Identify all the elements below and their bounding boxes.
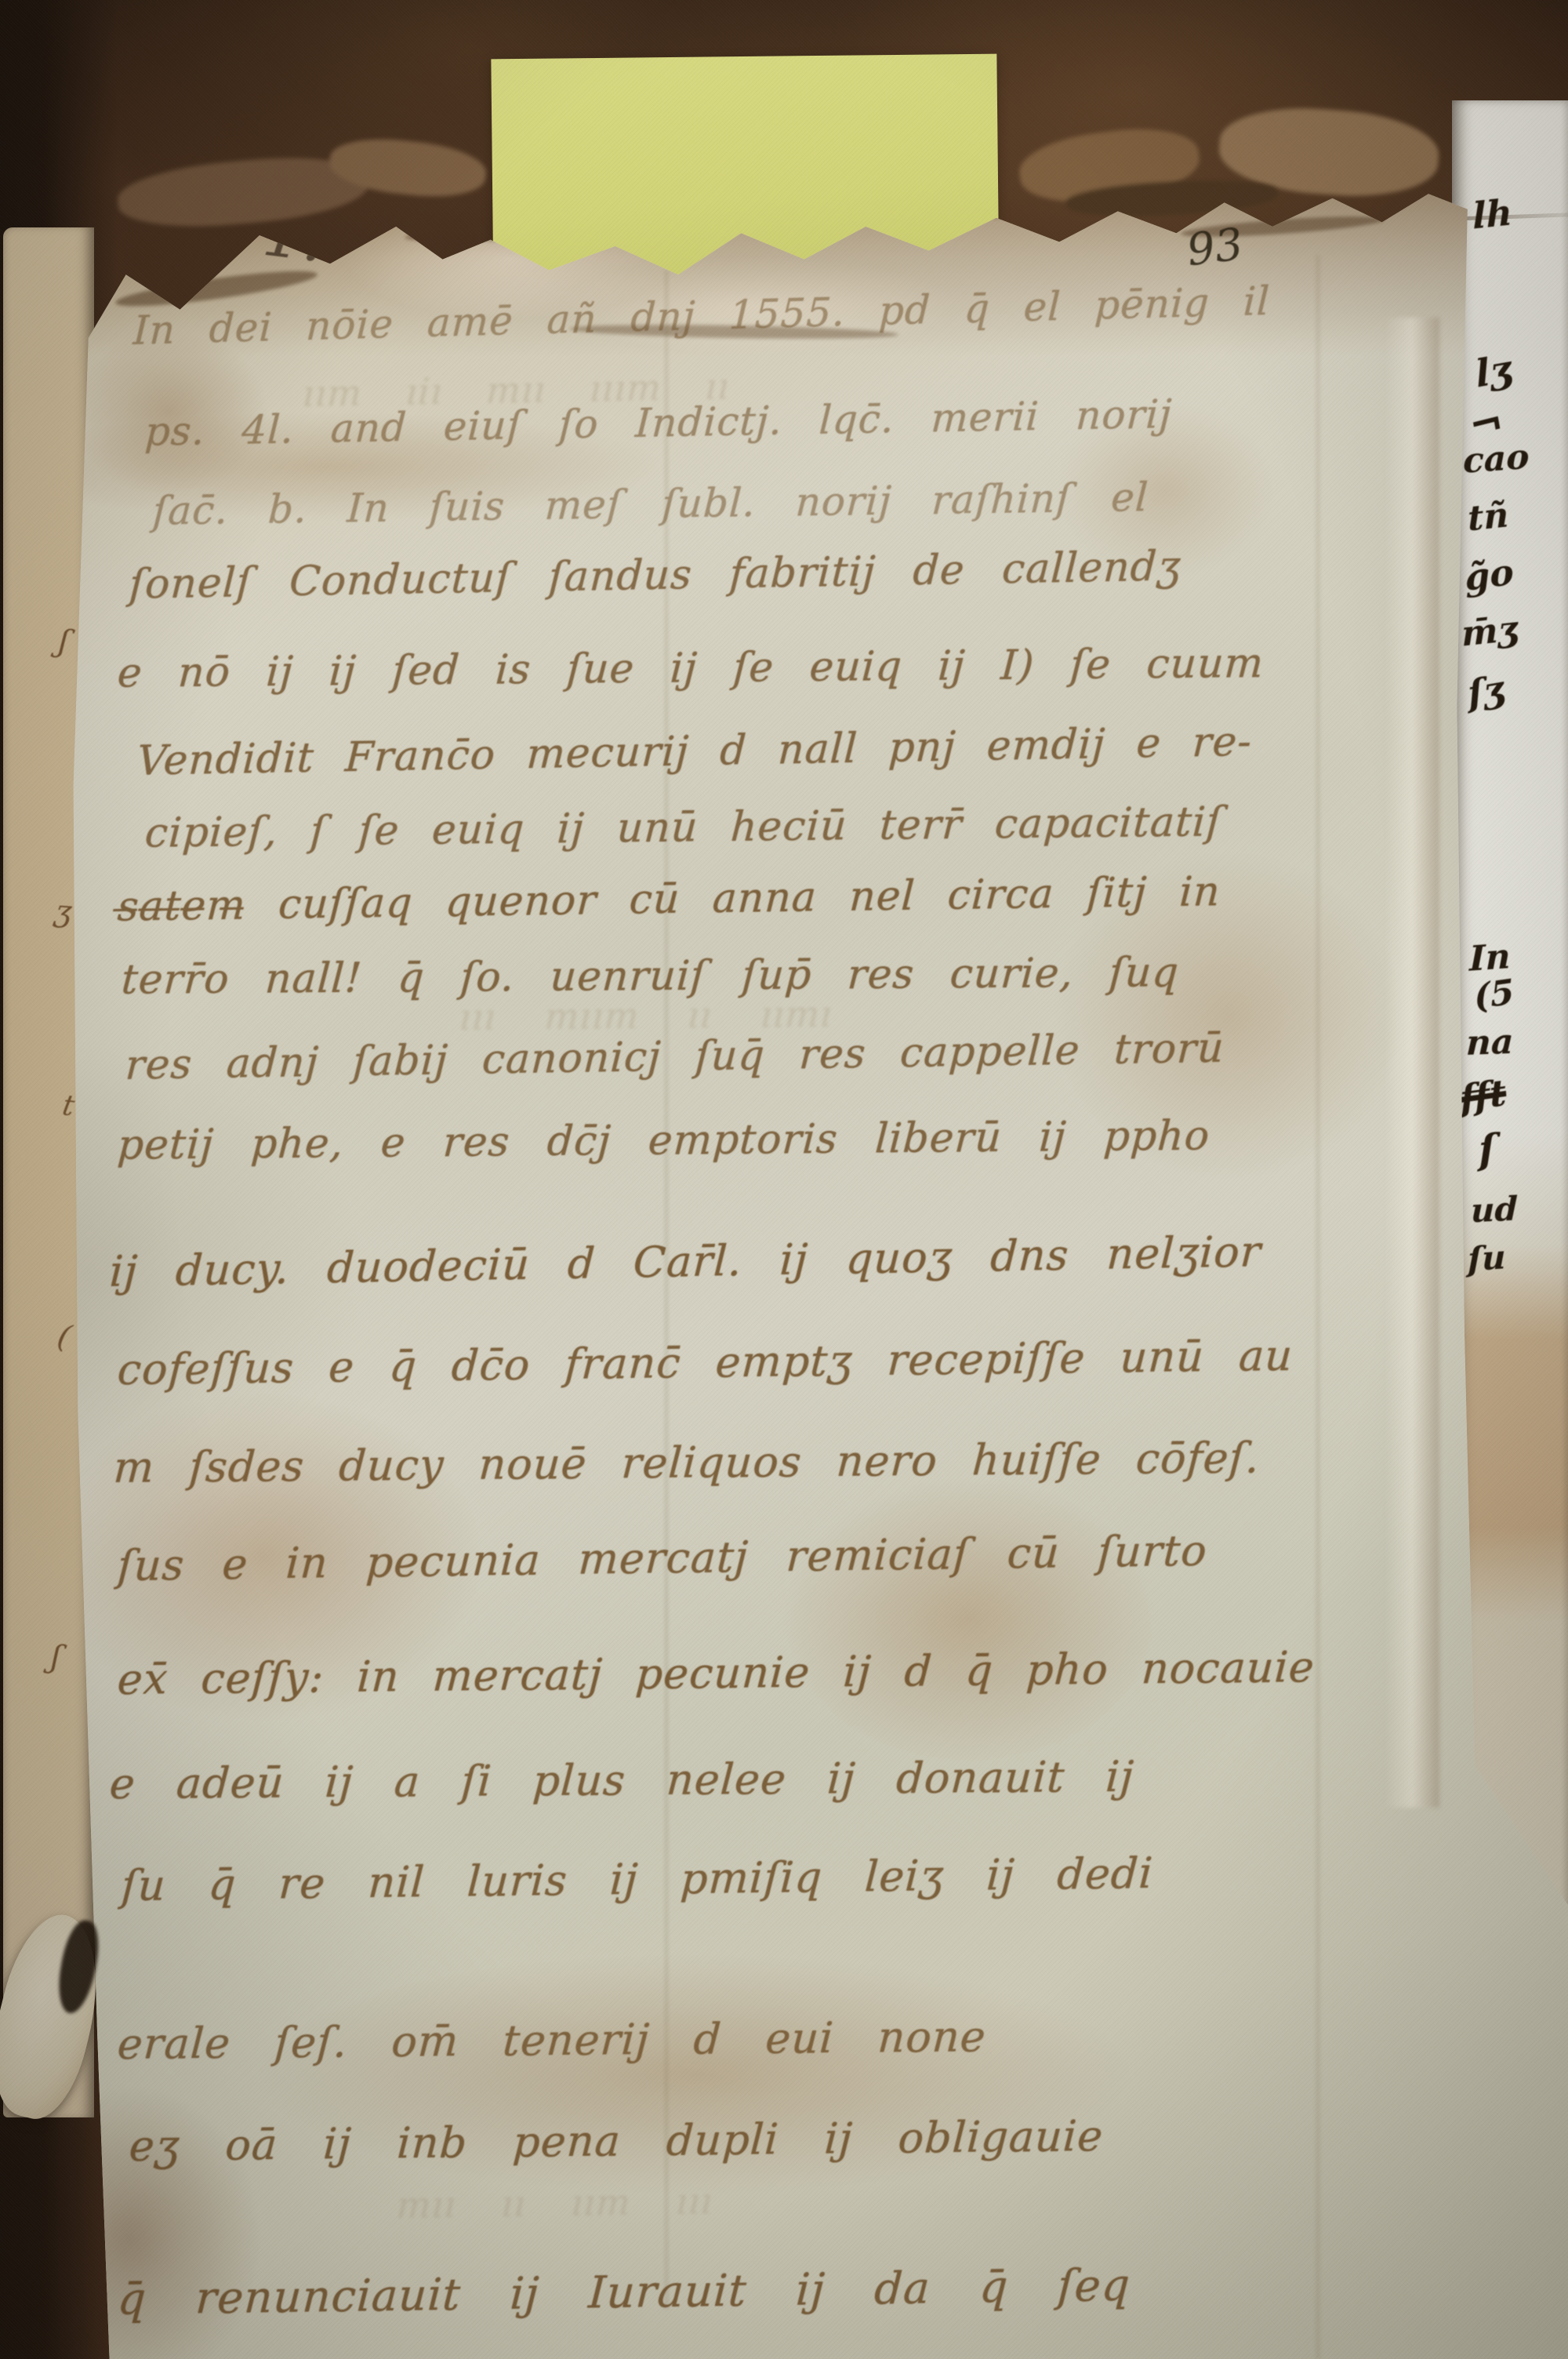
ink-fragment: fft — [1458, 1071, 1507, 1120]
manuscript-line: ſac̄. b. In ſuis meſ ſubl. norij raſhinſ… — [151, 474, 1149, 534]
ink-fragment: ſʒ — [1466, 667, 1506, 715]
ink-fragment: ʃ — [49, 1639, 64, 1676]
ink-fragment: lʒ — [1473, 347, 1513, 397]
manuscript-line: ſus e in pecunia mercatj remiciaſ cū ſur… — [116, 1526, 1208, 1590]
manuscript-line: eʒ oā ij inb pena dupli ij obligauie — [128, 2111, 1105, 2171]
ink-fragment: m̄ʒ — [1461, 609, 1518, 655]
page-number-right: 93 — [1184, 219, 1246, 276]
manuscript-line: petij phe, e res dc̄j emptoris liberū ij… — [116, 1113, 1211, 1169]
manuscript-line: e adeū ij a ſi plus nelee ij donauit ij — [108, 1752, 1135, 1808]
manuscript-line: cofeſſus e q̄ dc̄o franc̄ emptʒ recepiſſ… — [116, 1331, 1294, 1394]
page-curl-highlight — [1385, 318, 1439, 1808]
manuscript-line: ij ducy. duodeciū d Car̄l. ij quoʒ dns n… — [108, 1227, 1262, 1296]
ink-fragment: ſu — [1468, 1238, 1505, 1279]
manuscript-line: erale ſeſ. om̄ tenerij d eui none — [116, 2012, 988, 2069]
ink-showthrough: mıı ıı ıım ııı — [395, 2179, 713, 2226]
ink-fragment: ʃ — [56, 623, 71, 660]
ink-fragment: ud — [1471, 1189, 1519, 1230]
ink-fragment: ſ — [1478, 1125, 1496, 1173]
manuscript-line: q̄ renunciauit ij Iurauit ij da q̄ ſeq — [116, 2260, 1131, 2325]
manuscript-line: ſu q̄ re nil luris ij pmiſiq leiʒ ij ded… — [120, 1848, 1155, 1910]
ink-fragment: t — [60, 1090, 77, 1123]
manuscript-line: ſonelſ Conductuſ ſandus fabritij de call… — [128, 543, 1182, 609]
manuscript-line: ex̄ ceſſy: in mercatj pecunie ij d q̄ ph… — [116, 1642, 1316, 1704]
ink-fragment: na — [1465, 1022, 1514, 1063]
ink-fragment: g̃o — [1463, 551, 1515, 600]
ink-fragment: ʒ — [53, 893, 74, 929]
manuscript-line: s̶a̶t̶e̶m̶ cuſſaq quenor cū anna nel cir… — [116, 868, 1221, 931]
manuscript-line: m ſsdes ducy nouē reliquos nero huiſſe c… — [112, 1433, 1261, 1492]
manuscript-page: 1. 92. 93 In dei nōie amē añ dnj 1555. p… — [67, 176, 1568, 2359]
manuscript-line: cipieſ, ſ ſe euiq ij unū heciū terr̄ cap… — [143, 799, 1223, 857]
page-fold-crease — [1314, 255, 1322, 2359]
ink-fragment: tñ — [1467, 495, 1509, 540]
ink-fragment: (5 — [1472, 972, 1515, 1017]
ink-showthrough: ıım ıiı mıı ııım ıı — [302, 365, 731, 415]
manuscript-line: e nō ij ij ſed is ſue ij ſe euiq ij I) ſ… — [116, 640, 1265, 697]
ink-fragment: ( — [54, 1318, 75, 1355]
manuscript-line: Vendidit Franc̄o mecurij d nall pnj emdi… — [136, 718, 1253, 785]
ink-showthrough: ııı mıım ıı ıımı — [458, 993, 833, 1038]
ink-fragment: cao — [1463, 437, 1529, 482]
ink-fragment: lh — [1472, 191, 1513, 237]
